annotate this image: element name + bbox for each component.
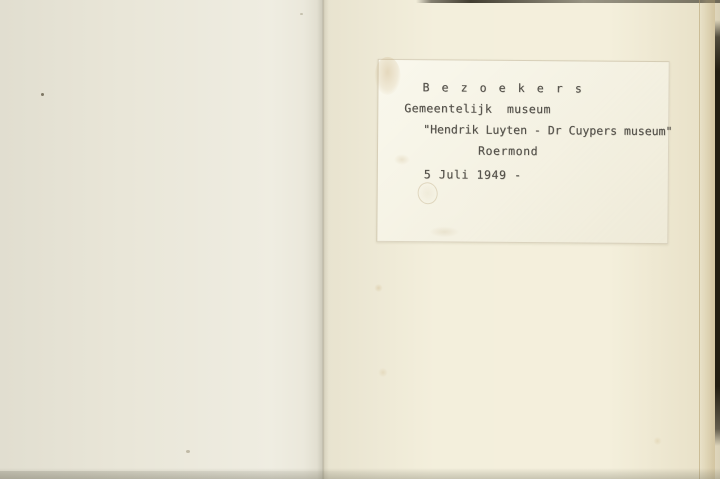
page-edges-right: [699, 0, 715, 479]
cover-edge-right: [715, 20, 720, 446]
label-stain: [394, 154, 410, 165]
label-stain: [374, 57, 400, 95]
label-line-bezoekers: B e z o e k e r s: [422, 80, 584, 95]
label-line-museum-name: Gemeentelijk museum: [404, 101, 551, 116]
typed-label: B e z o e k e r s Gemeentelijk museum "H…: [376, 59, 669, 244]
left-page: [0, 0, 323, 479]
label-line-city: Roermond: [478, 144, 538, 158]
page-fold: [317, 0, 329, 479]
label-ring-stain: [416, 180, 440, 206]
label-line-museum-subtitle: "Hendrik Luyten - Dr Cuypers museum": [423, 122, 672, 138]
scan-shadow-bottom-left: [0, 471, 380, 479]
cover-edge-top: [416, 0, 720, 3]
label-line-date: 5 Juli 1949 -: [424, 167, 522, 182]
label-stain: [429, 226, 459, 237]
book-scan: B e z o e k e r s Gemeentelijk museum "H…: [0, 0, 720, 479]
